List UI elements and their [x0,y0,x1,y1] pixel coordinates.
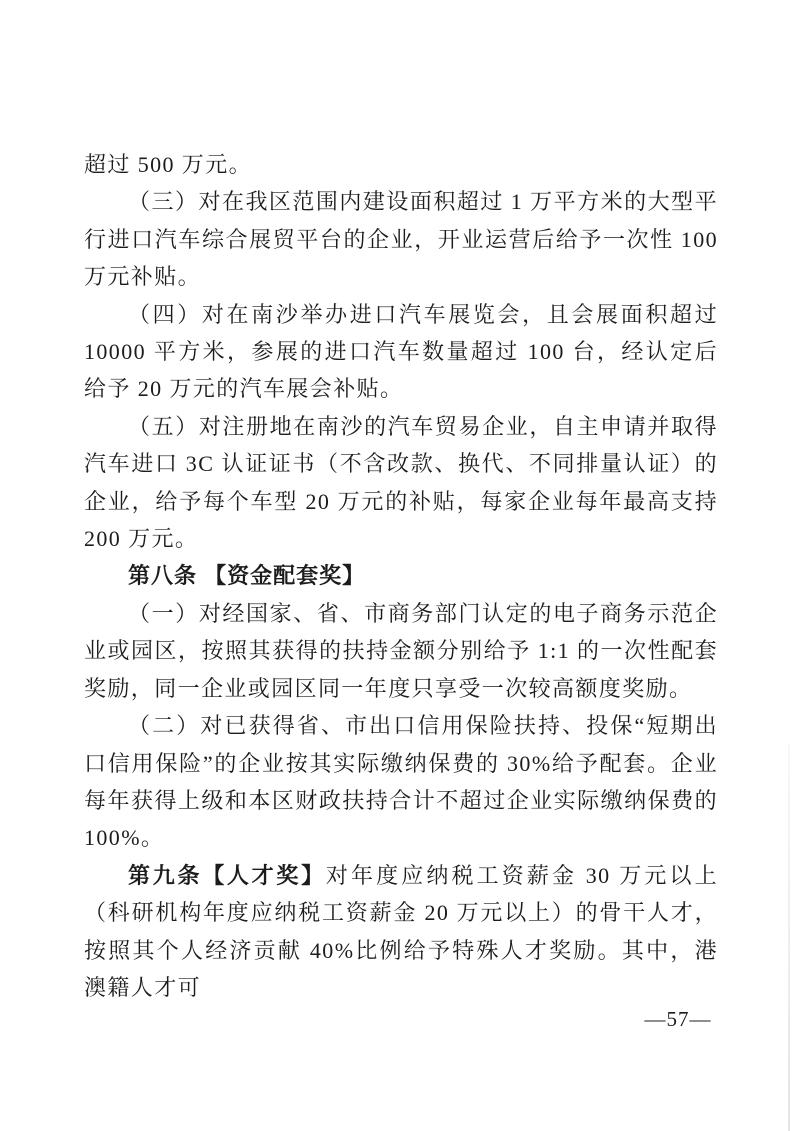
paragraph: （一）对经国家、省、市商务部门认定的电子商务示范企业或园区，按照其获得的扶持金额… [84,595,718,707]
paragraph: （三）对在我区范围内建设面积超过 1 万平方米的大型平行进口汽车综合展贸平台的企… [84,183,718,295]
paragraph: （二）对已获得省、市出口信用保险扶持、投保“短期出口信用保险”的企业按其实际缴纳… [84,707,718,857]
text-run: （三）对在我区范围内建设面积超过 1 万平方米的大型平行进口汽车综合展贸平台的企… [84,189,718,289]
text-run: （四）对在南沙举办进口汽车展览会，且会展面积超过 10000 平方米，参展的进口… [84,302,718,402]
text-run: 超过 500 万元。 [84,152,252,177]
text-run: （五）对注册地在南沙的汽车贸易企业，自主申请并取得汽车进口 3C 认证证书（不含… [84,414,718,551]
scan-artifact-line [788,745,790,1131]
text-run: （二）对已获得省、市出口信用保险扶持、投保“短期出口信用保险”的企业按其实际缴纳… [84,713,718,850]
paragraph: 第八条 【资金配套奖】 [84,557,718,594]
heading-run: 第九条【人才奖】 [128,863,326,888]
heading-run: 第八条 【资金配套奖】 [128,563,365,588]
document-body: 超过 500 万元。（三）对在我区范围内建设面积超过 1 万平方米的大型平行进口… [84,146,718,1006]
paragraph: （四）对在南沙举办进口汽车展览会，且会展面积超过 10000 平方米，参展的进口… [84,296,718,408]
page-number: —57— [638,1007,718,1032]
document-page: 超过 500 万元。（三）对在我区范围内建设面积超过 1 万平方米的大型平行进口… [0,0,800,1131]
paragraph: （五）对注册地在南沙的汽车贸易企业，自主申请并取得汽车进口 3C 认证证书（不含… [84,408,718,558]
paragraph: 超过 500 万元。 [84,146,718,183]
paragraph: 第九条【人才奖】对年度应纳税工资薪金 30 万元以上（科研机构年度应纳税工资薪金… [84,857,718,1007]
text-run: （一）对经国家、省、市商务部门认定的电子商务示范企业或园区，按照其获得的扶持金额… [84,601,718,701]
